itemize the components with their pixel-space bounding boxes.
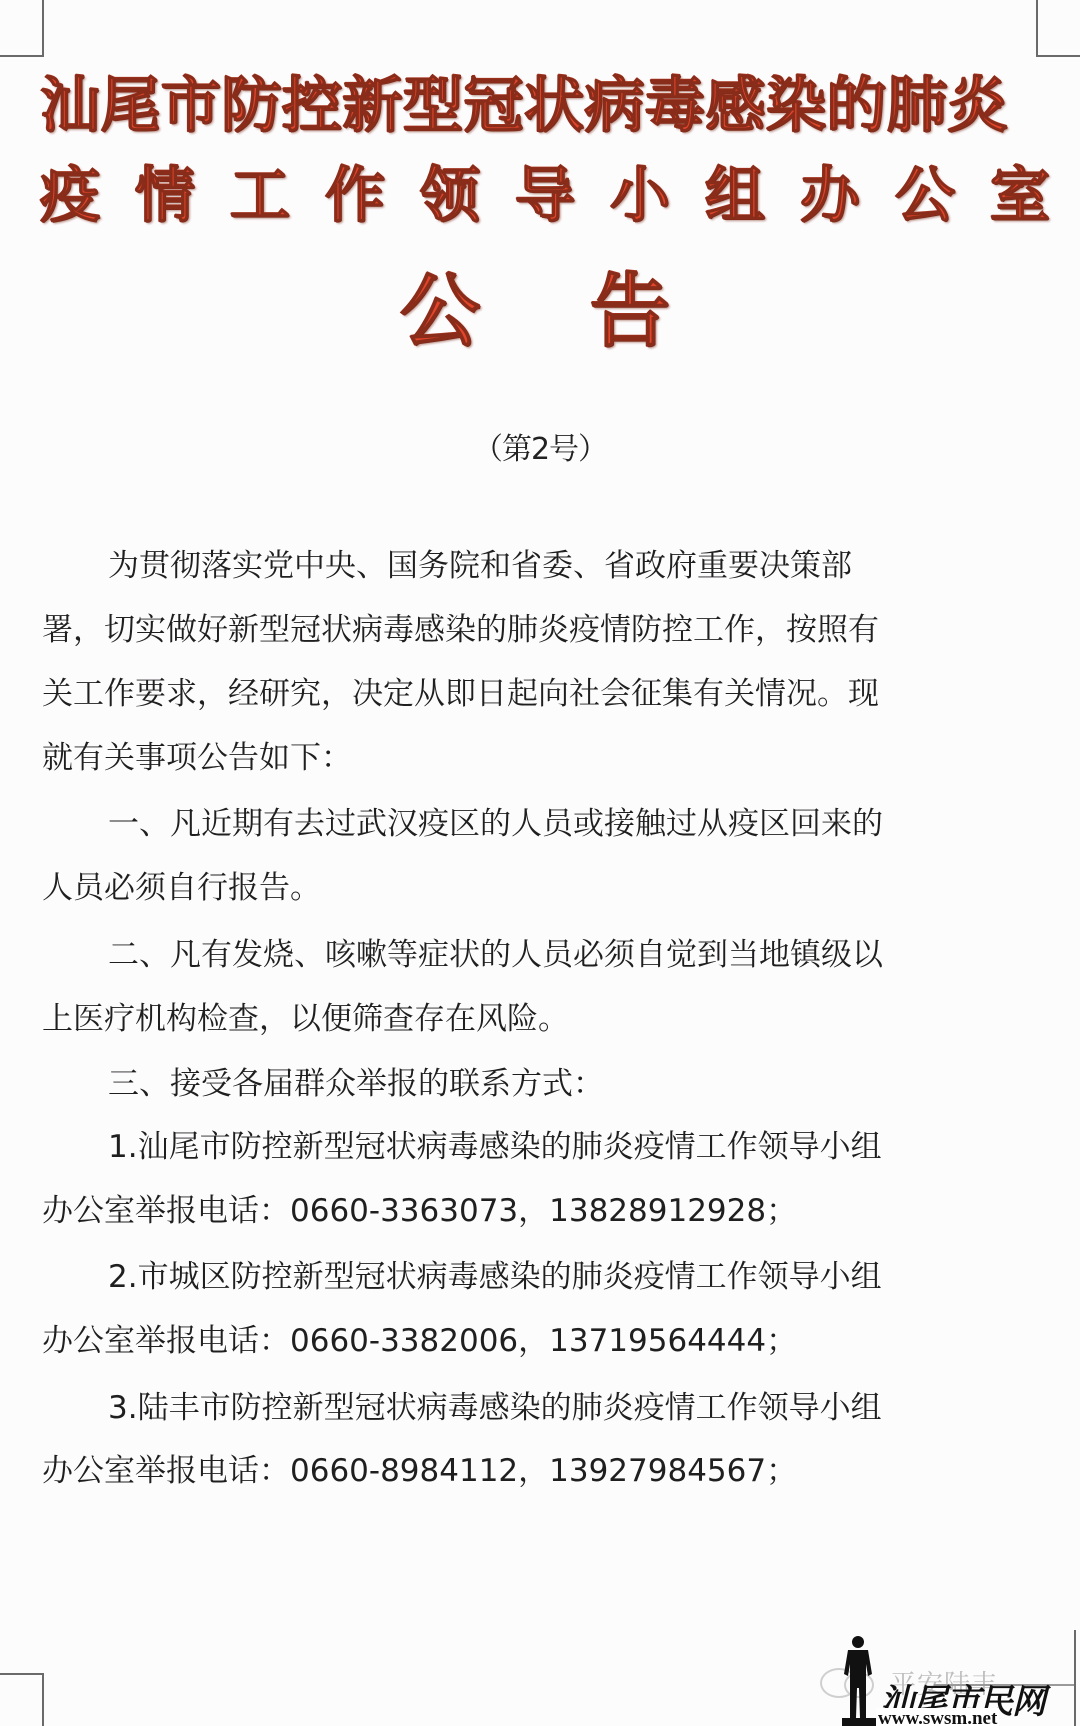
intro-line-1: 为贯彻落实党中央、国务院和省委、省政府重要决策部: [108, 546, 1080, 586]
contact-1-line-1: 1.汕尾市防控新型冠状病毒感染的肺炎疫情工作领导小组: [108, 1127, 1080, 1167]
watermark: 平安陆丰 汕尾市民网 www.swsm.net: [880, 1660, 1080, 1726]
contact-2-phone: 办公室举报电话：0660-3382006，13719564444；: [42, 1321, 1032, 1361]
item-2-line-2: 上医疗机构检查，以便筛查存在风险。: [42, 999, 1032, 1039]
title-char: 公: [895, 158, 955, 234]
title-announcement: 公 告: [400, 264, 670, 360]
item-1-line-1: 一、凡近期有去过武汉疫区的人员或接触过从疫区回来的: [108, 804, 1080, 844]
crop-mark-bottom-left: [0, 1673, 44, 1726]
title-char: 办: [800, 158, 860, 234]
contact-3-phone: 办公室举报电话：0660-8984112，13927984567；: [42, 1451, 1032, 1491]
title-char: 小: [610, 158, 670, 234]
intro-line-2: 署，切实做好新型冠状病毒感染的肺炎疫情防控工作，按照有: [42, 610, 1032, 650]
item-1-line-2: 人员必须自行报告。: [42, 868, 1032, 908]
crop-mark-top-right: [1036, 0, 1080, 57]
item-3-heading: 三、接受各届群众举报的联系方式：: [108, 1064, 1080, 1104]
title-char: 导: [515, 158, 575, 234]
document-number: （第2号）: [0, 430, 1080, 470]
title-char: 公: [400, 264, 480, 360]
item-2-line-1: 二、凡有发烧、咳嗽等症状的人员必须自觉到当地镇级以: [108, 935, 1080, 975]
crop-mark-top-left: [0, 0, 44, 57]
intro-line-3: 关工作要求，经研究，决定从即日起向社会征集有关情况。现: [42, 674, 1032, 714]
title-line-1: 汕尾市防控新型冠状病毒感染的肺炎: [40, 68, 1050, 144]
title-char: 情: [135, 158, 195, 234]
title-char: 领: [420, 158, 480, 234]
watermark-url: www.swsm.net: [876, 1708, 999, 1726]
title-char: 工: [230, 158, 290, 234]
title-char: 组: [705, 158, 765, 234]
intro-line-4: 就有关事项公告如下：: [42, 738, 1032, 778]
title-line-2: 疫 情 工 作 领 导 小 组 办 公 室: [40, 158, 1050, 234]
contact-3-line-1: 3.陆丰市防控新型冠状病毒感染的肺炎疫情工作领导小组: [108, 1388, 1080, 1428]
title-char: 作: [325, 158, 385, 234]
contact-1-phone: 办公室举报电话：0660-3363073，13828912928；: [42, 1191, 1032, 1231]
person-silhouette-icon: [838, 1634, 878, 1726]
contact-2-line-1: 2.市城区防控新型冠状病毒感染的肺炎疫情工作领导小组: [108, 1257, 1080, 1297]
title-char: 室: [990, 158, 1050, 234]
title-char: 疫: [40, 158, 100, 234]
title-char: 告: [590, 264, 670, 360]
